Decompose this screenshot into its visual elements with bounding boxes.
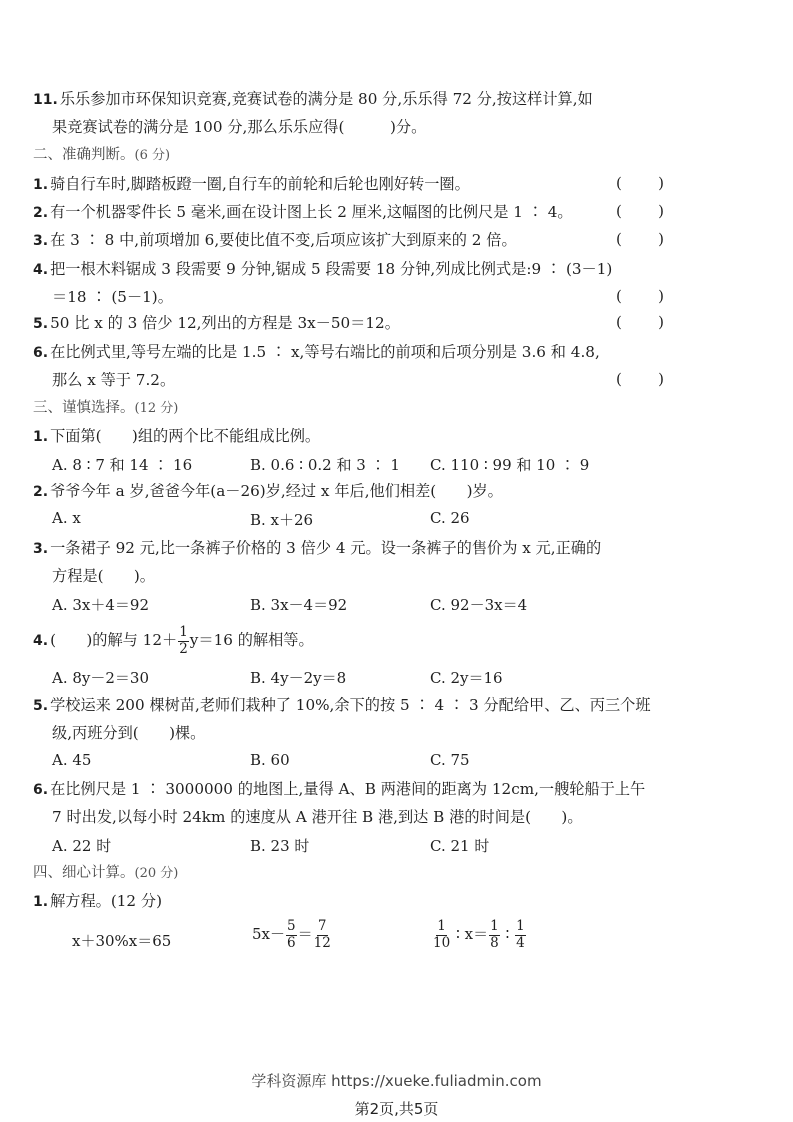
denominator: 4 — [516, 936, 525, 951]
judge-item-5: 5.50 比 x 的 3 倍少 12,列出的方程是 3x－50＝12。 — [33, 313, 400, 334]
paren-close: ) — [658, 287, 664, 305]
section-4-heading: 四、细心计算。(20 分) — [33, 863, 178, 884]
section-2-heading: 二、准确判断。(6 分) — [33, 145, 170, 166]
fraction: 12 — [178, 626, 189, 656]
denominator: 2 — [179, 642, 188, 657]
section-points: (6 分) — [135, 148, 171, 163]
item-points: (12 分) — [111, 892, 162, 910]
denominator: 10 — [433, 936, 450, 951]
question-11-line1: 11.乐乐参加市环保知识竞赛,竞赛试卷的满分是 80 分,乐乐得 72 分,按这… — [33, 89, 593, 110]
paren-open: ( — [616, 202, 622, 220]
fraction: 56 — [286, 920, 297, 950]
answer-blank-judge-6[interactable]: () — [616, 370, 664, 388]
item-text: 在比例式里,等号左端的比是 1.5 ∶ x,等号右端比的前项和后项分别是 3.6… — [50, 343, 600, 361]
choice-6-option-a[interactable]: A. 22 时 — [52, 835, 111, 856]
item-text: 把一根木料锯成 3 段需要 9 分钟,锯成 5 段需要 18 分钟,列成比例式是… — [50, 260, 612, 278]
paren-close: ) — [658, 174, 664, 192]
choice-item-5-line2: 级,丙班分到( )棵。 — [52, 723, 205, 743]
numerator: 1 — [178, 626, 189, 642]
choice-4-option-c[interactable]: C. 2y＝16 — [430, 667, 503, 688]
paren-close: ) — [658, 370, 664, 388]
item-number: 5. — [33, 316, 48, 332]
choice-item-5: 5.学校运来 200 棵树苗,老师们栽种了 10%,余下的按 5 ∶ 4 ∶ 3… — [33, 695, 651, 716]
answer-blank-judge-5[interactable]: () — [616, 313, 664, 331]
fraction: 110 — [433, 920, 450, 950]
item-number: 4. — [33, 633, 48, 649]
answer-blank-judge-2[interactable]: () — [616, 202, 664, 220]
item-text: 50 比 x 的 3 倍少 12,列出的方程是 3x－50＝12。 — [50, 314, 400, 332]
choice-2-option-c[interactable]: C. 26 — [430, 509, 470, 527]
item-text: 爷爷今年 a 岁,爸爸今年(a－26)岁,经过 x 年后,他们相差( )岁。 — [50, 482, 503, 500]
choice-3-option-c[interactable]: C. 92－3x＝4 — [430, 594, 527, 615]
judge-item-6-line2: 那么 x 等于 7.2。 — [52, 370, 175, 390]
item-text: 一条裙子 92 元,比一条裤子价格的 3 倍少 4 元。设一条裤子的售价为 x … — [50, 539, 601, 557]
item-text: 骑自行车时,脚踏板蹬一圈,自行车的前轮和后轮也刚好转一圈。 — [50, 175, 470, 193]
item-number: 2. — [33, 484, 48, 500]
choice-1-option-b[interactable]: B. 0.6 ∶ 0.2 和 3 ∶ 1 — [250, 454, 400, 475]
answer-blank-judge-1[interactable]: () — [616, 174, 664, 192]
judge-item-2: 2.有一个机器零件长 5 毫米,画在设计图上长 2 厘米,这幅图的比例尺是 1 … — [33, 202, 573, 223]
eq-part: ∶ — [501, 925, 514, 943]
choice-2-option-a[interactable]: A. x — [52, 509, 81, 527]
paren-open: ( — [616, 230, 622, 248]
item-text: 解方程。 — [50, 892, 111, 910]
answer-blank-judge-4[interactable]: () — [616, 287, 664, 305]
section-title: 三、谨慎选择。 — [33, 400, 135, 416]
choice-item-3-line2: 方程是( )。 — [52, 566, 155, 586]
judge-item-1: 1.骑自行车时,脚踏板蹬一圈,自行车的前轮和后轮也刚好转一圈。 — [33, 174, 470, 195]
fraction: 712 — [314, 920, 331, 950]
numerator: 5 — [286, 920, 297, 936]
answer-blank-judge-3[interactable]: () — [616, 230, 664, 248]
choice-item-4: 4.( )的解与 12＋12y＝16 的解相等。 — [33, 624, 314, 657]
section-points: (20 分) — [135, 866, 179, 881]
choice-1-option-c[interactable]: C. 110 ∶ 99 和 10 ∶ 9 — [430, 454, 589, 475]
footer-watermark: 学科资源库 https://xueke.fuliadmin.com — [0, 1070, 793, 1091]
choice-5-option-a[interactable]: A. 45 — [52, 751, 91, 769]
choice-item-6: 6.在比例尺是 1 ∶ 3000000 的地图上,量得 A、B 两港间的距离为 … — [33, 779, 645, 800]
item-number: 3. — [33, 233, 48, 249]
section-title: 二、准确判断。 — [33, 147, 135, 163]
section-points: (12 分) — [135, 401, 179, 416]
denominator: 8 — [490, 936, 499, 951]
choice-item-6-line2: 7 时出发,以每小时 24km 的速度从 A 港开往 B 港,到达 B 港的时间… — [52, 807, 583, 827]
item-number: 6. — [33, 345, 48, 361]
paren-close: ) — [658, 230, 664, 248]
item-text: 有一个机器零件长 5 毫米,画在设计图上长 2 厘米,这幅图的比例尺是 1 ∶ … — [50, 203, 573, 221]
choice-3-option-a[interactable]: A. 3x＋4＝92 — [52, 594, 149, 615]
choice-2-option-b[interactable]: B. x＋26 — [250, 509, 313, 530]
choice-item-1: 1.下面第( )组的两个比不能组成比例。 — [33, 426, 320, 447]
choice-1-option-a[interactable]: A. 8 ∶ 7 和 14 ∶ 16 — [52, 454, 192, 475]
question-number: 11. — [33, 92, 58, 108]
denominator: 12 — [314, 936, 331, 951]
paren-close: ) — [658, 313, 664, 331]
choice-6-option-c[interactable]: C. 21 时 — [430, 835, 489, 856]
paren-open: ( — [616, 287, 622, 305]
section-title: 四、细心计算。 — [33, 865, 135, 881]
numerator: 1 — [489, 920, 500, 936]
fraction: 14 — [515, 920, 526, 950]
paren-open: ( — [616, 370, 622, 388]
item-text: 学校运来 200 棵树苗,老师们栽种了 10%,余下的按 5 ∶ 4 ∶ 3 分… — [50, 696, 650, 714]
choice-item-3: 3.一条裙子 92 元,比一条裤子价格的 3 倍少 4 元。设一条裤子的售价为 … — [33, 538, 601, 559]
judge-item-3: 3.在 3 ∶ 8 中,前项增加 6,要使比值不变,后项应该扩大到原来的 2 倍… — [33, 230, 517, 251]
paren-open: ( — [616, 174, 622, 192]
eq-part: ＝ — [298, 925, 313, 943]
equation-1: x＋30%x＝65 — [72, 930, 171, 951]
item-text: 下面第( )组的两个比不能组成比例。 — [50, 427, 320, 445]
item-number: 2. — [33, 205, 48, 221]
choice-6-option-b[interactable]: B. 23 时 — [250, 835, 309, 856]
calc-sub-1-heading: 1.解方程。(12 分) — [33, 891, 162, 912]
choice-item-2: 2.爷爷今年 a 岁,爸爸今年(a－26)岁,经过 x 年后,他们相差( )岁。 — [33, 481, 503, 502]
eq-part: 5x－ — [252, 925, 285, 943]
paren-close: ) — [658, 202, 664, 220]
question-text: 乐乐参加市环保知识竞赛,竞赛试卷的满分是 80 分,乐乐得 72 分,按这样计算… — [60, 90, 593, 108]
item-number: 1. — [33, 177, 48, 193]
judge-item-4: 4.把一根木料锯成 3 段需要 9 分钟,锯成 5 段需要 18 分钟,列成比例… — [33, 259, 612, 280]
item-text: 在比例尺是 1 ∶ 3000000 的地图上,量得 A、B 两港间的距离为 12… — [50, 780, 645, 798]
item-number: 3. — [33, 541, 48, 557]
item-number: 1. — [33, 894, 48, 910]
judge-item-4-line2: ＝18 ∶ (5－1)。 — [52, 287, 173, 307]
numerator: 1 — [436, 920, 447, 936]
equation-3: 110 ∶ x＝18 ∶ 14 — [432, 920, 527, 950]
choice-4-option-b[interactable]: B. 4y－2y＝8 — [250, 667, 346, 688]
item-number: 1. — [33, 429, 48, 445]
choice-5-option-c[interactable]: C. 75 — [430, 751, 470, 769]
eq-part: ∶ x＝ — [451, 925, 488, 943]
item-number: 6. — [33, 782, 48, 798]
item-text: ( )的解与 12＋ — [50, 631, 177, 649]
page-indicator: 第2页,共5页 — [0, 1098, 793, 1119]
judge-item-6: 6.在比例式里,等号左端的比是 1.5 ∶ x,等号右端比的前项和后项分别是 3… — [33, 342, 600, 363]
numerator: 1 — [515, 920, 526, 936]
question-11-line2: 果竞赛试卷的满分是 100 分,那么乐乐应得( )分。 — [52, 117, 426, 137]
item-number: 4. — [33, 262, 48, 278]
item-number: 5. — [33, 698, 48, 714]
paren-open: ( — [616, 313, 622, 331]
equation-2: 5x－56＝712 — [252, 920, 332, 950]
fraction: 18 — [489, 920, 500, 950]
item-text: 在 3 ∶ 8 中,前项增加 6,要使比值不变,后项应该扩大到原来的 2 倍。 — [50, 231, 517, 249]
choice-4-option-a[interactable]: A. 8y－2＝30 — [52, 667, 149, 688]
choice-3-option-b[interactable]: B. 3x－4＝92 — [250, 594, 347, 615]
choice-5-option-b[interactable]: B. 60 — [250, 751, 290, 769]
item-text: y＝16 的解相等。 — [190, 631, 314, 649]
numerator: 7 — [317, 920, 328, 936]
section-3-heading: 三、谨慎选择。(12 分) — [33, 398, 178, 419]
denominator: 6 — [287, 936, 296, 951]
